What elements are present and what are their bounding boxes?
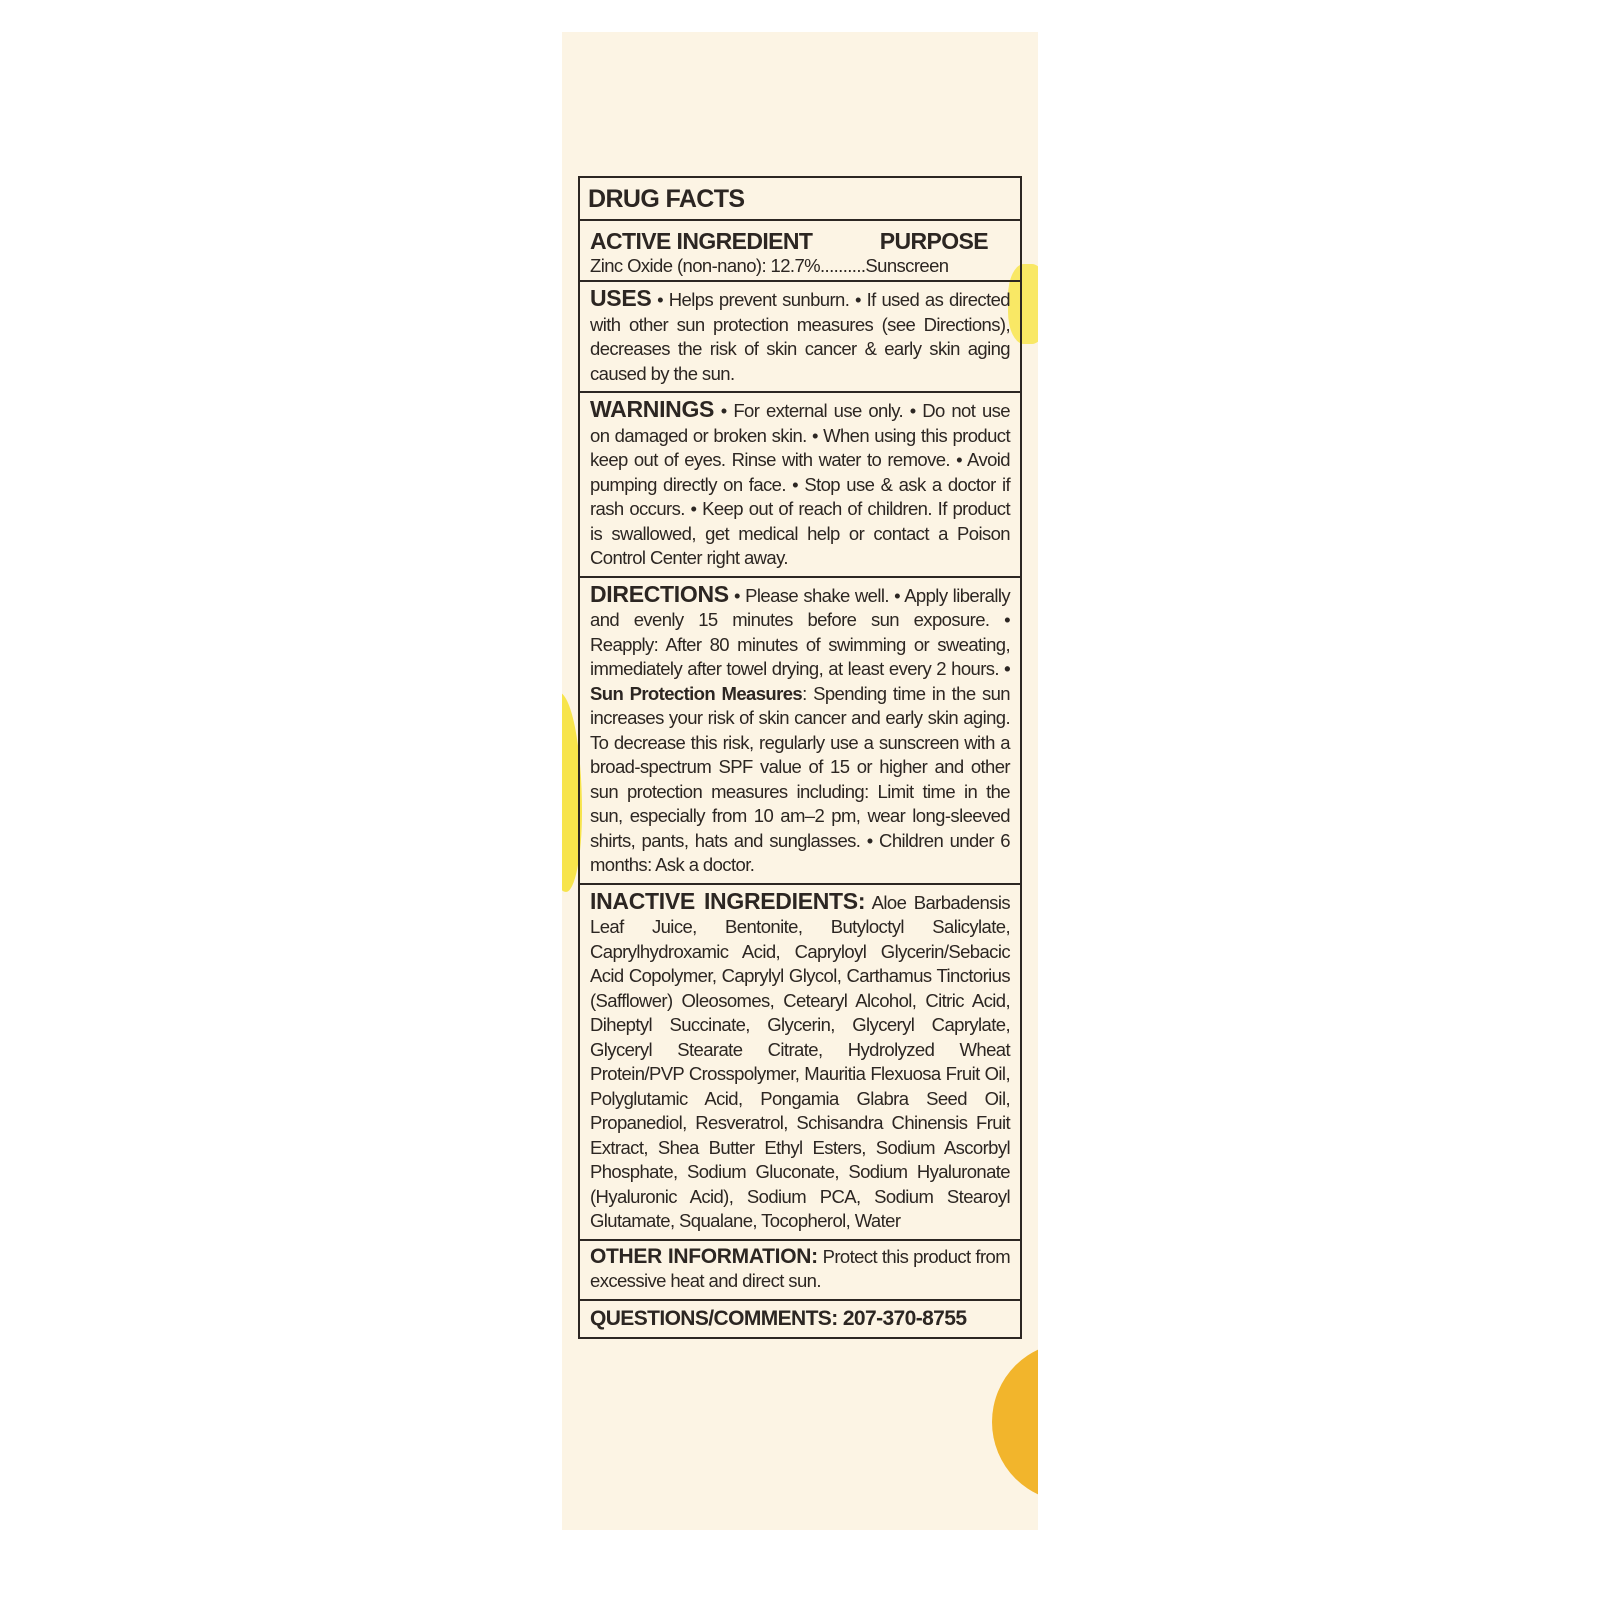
leader-dots: .......... [820, 255, 865, 277]
directions-section: DIRECTIONS • Please shake well. • Apply … [580, 578, 1020, 885]
warnings-text: • For external use only. • Do not use on… [590, 400, 1010, 568]
questions-section: QUESTIONS/COMMENTS: 207-370-8755 [580, 1301, 1020, 1338]
active-ingredient-purpose: Sunscreen [865, 255, 948, 277]
orange-watercolor-decoration [992, 1342, 1038, 1502]
other-information-heading: OTHER INFORMATION: [590, 1245, 818, 1268]
inactive-ingredients-heading: INACTIVE INGREDIENTS: [590, 888, 865, 914]
warnings-heading: WARNINGS [590, 396, 714, 422]
active-ingredient-name: Zinc Oxide (non-nano): 12.7% [590, 255, 820, 277]
drug-facts-title: DRUG FACTS [580, 178, 1020, 221]
inactive-ingredients-text: Aloe Barbadensis Leaf Juice, Bentonite, … [590, 892, 1010, 1232]
active-ingredient-section: ACTIVE INGREDIENT PURPOSE Zinc Oxide (no… [580, 221, 1020, 282]
active-ingredient-row: Zinc Oxide (non-nano): 12.7% .......... … [590, 255, 1010, 277]
sun-protection-text: : Spending time in the sun increases you… [590, 683, 1010, 876]
purpose-heading: PURPOSE [880, 227, 988, 255]
active-ingredient-header: ACTIVE INGREDIENT PURPOSE [590, 227, 1010, 255]
uses-text: • Helps prevent sunburn. • If used as di… [590, 289, 1010, 384]
drug-facts-label: DRUG FACTS ACTIVE INGREDIENT PURPOSE Zin… [578, 176, 1022, 1339]
inactive-ingredients-section: INACTIVE INGREDIENTS: Aloe Barbadensis L… [580, 885, 1020, 1241]
other-information-section: OTHER INFORMATION: Protect this product … [580, 1241, 1020, 1301]
active-ingredient-heading: ACTIVE INGREDIENT [590, 227, 812, 255]
uses-heading: USES [590, 285, 651, 311]
directions-heading: DIRECTIONS [590, 581, 729, 607]
uses-section: USES • Helps prevent sunburn. • If used … [580, 282, 1020, 393]
warnings-section: WARNINGS • For external use only. • Do n… [580, 393, 1020, 578]
